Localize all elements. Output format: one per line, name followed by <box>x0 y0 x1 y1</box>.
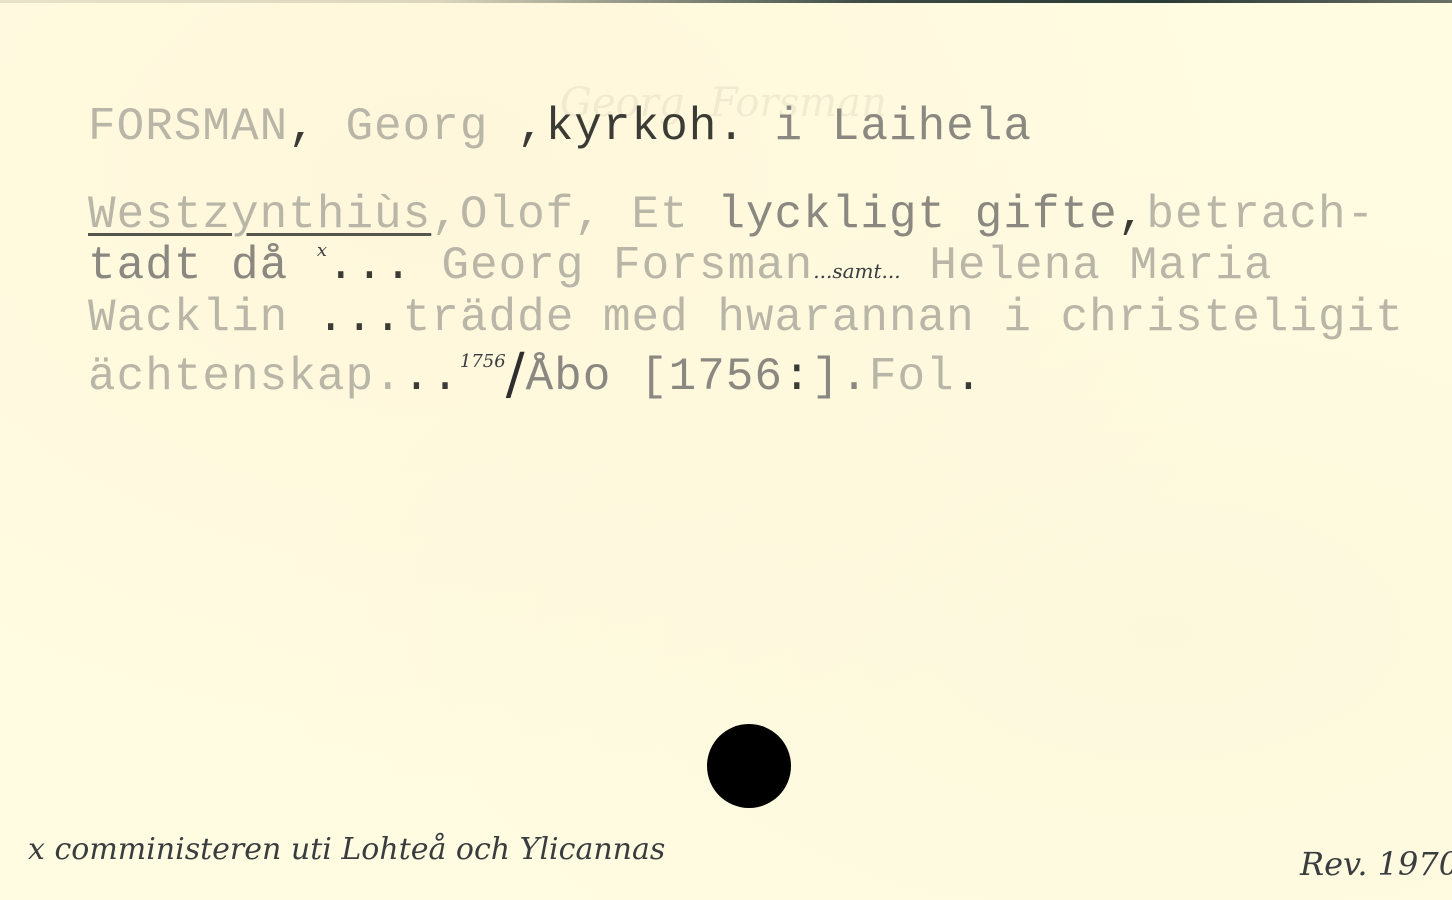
handwritten-footnote: x comministeren uti Lohteå och Ylicannas <box>28 832 665 867</box>
heading-title: kyrkoh. <box>546 101 746 153</box>
imprint: Åbo [1756 <box>526 351 783 403</box>
heading-place: i Laihela <box>746 101 1032 153</box>
revision-note: Rev. 1970 <box>1300 845 1452 883</box>
card-heading: FORSMAN, Georg ,kyrkoh. i Laihela <box>88 104 1032 150</box>
punch-hole <box>707 724 791 808</box>
handwritten-slash: / <box>506 342 526 407</box>
entry-line-1: Westzynthiùs,Olof, Et lyckligt gifte,bet… <box>88 192 1375 238</box>
card-top-edge <box>0 0 1452 3</box>
handwritten-insertion: ...samt... <box>813 259 900 283</box>
entry-author: Westzynthiùs <box>88 189 431 241</box>
entry-line-4: ächtenskap...1756/Åbo [1756:].Fol. <box>88 343 983 400</box>
heading-forename: Georg <box>345 101 488 153</box>
handwritten-year: 1756 <box>460 351 506 372</box>
format: Fol <box>869 351 955 403</box>
heading-surname: FORSMAN <box>88 101 288 153</box>
catalog-card: Georg Forsman FORSMAN, Georg ,kyrkoh. i … <box>0 0 1452 900</box>
entry-title-start: lyckligt gifte <box>717 189 1117 241</box>
footnote-mark: x <box>317 240 327 261</box>
entry-line-3: Wacklin ...trädde med hwarannan i christ… <box>88 295 1404 341</box>
entry-line-2: tadt då x... Georg Forsman...samt... Hel… <box>88 243 1272 289</box>
